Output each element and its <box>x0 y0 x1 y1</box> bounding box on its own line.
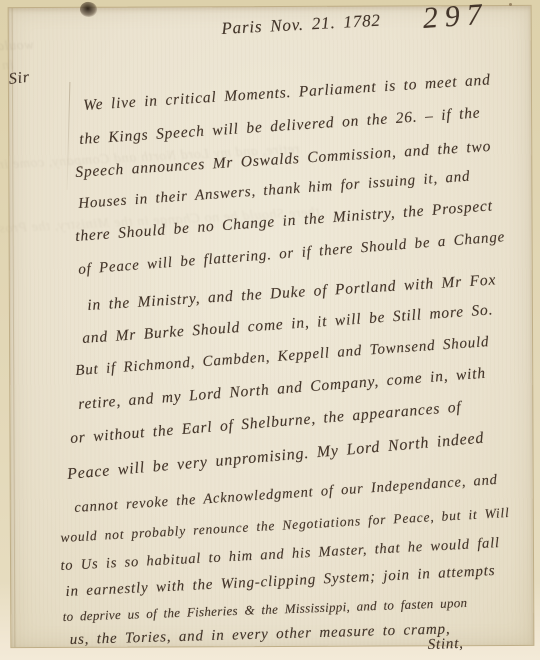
ink-speck <box>509 3 512 6</box>
manuscript-scan: But if Richmond, Cambden, Keppell and To… <box>0 0 540 660</box>
catchword: Stint, <box>427 636 464 654</box>
page-number: 297 <box>422 0 490 36</box>
salutation: Sir <box>8 69 31 89</box>
